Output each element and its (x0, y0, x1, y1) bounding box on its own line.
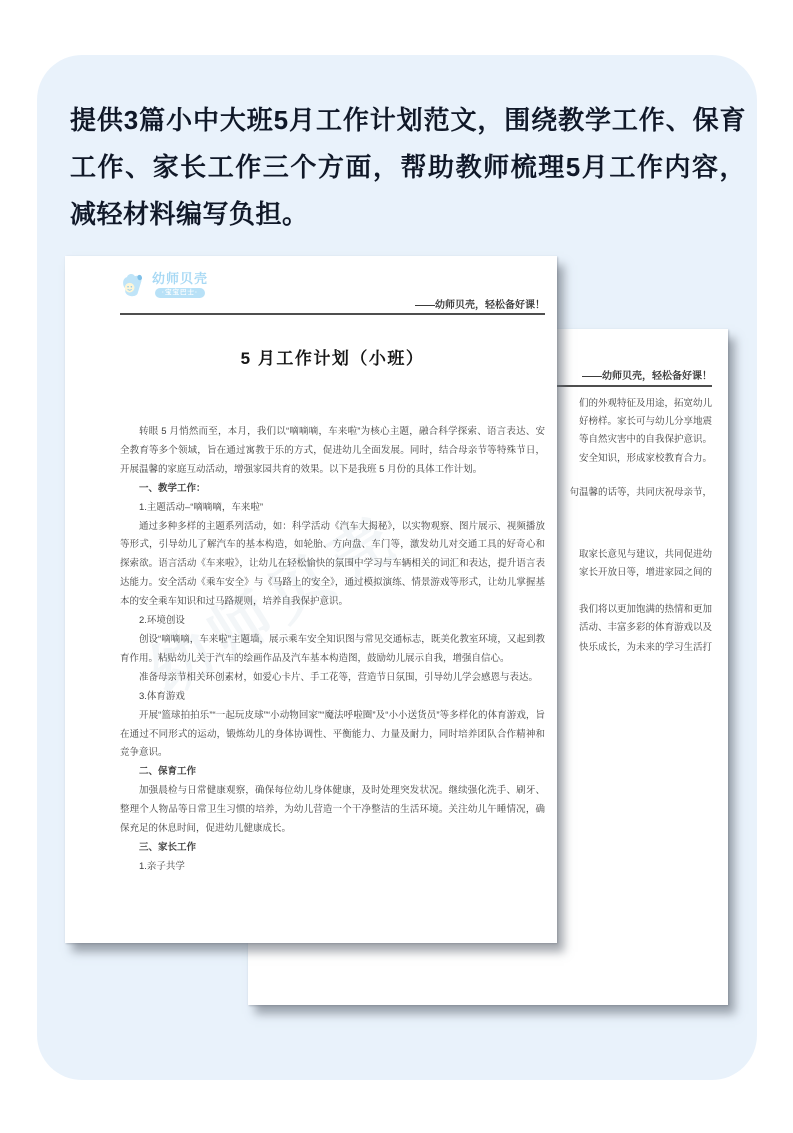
document-title: 5 月工作计划（小班） (120, 344, 545, 369)
back-page-text-line: 好榜样。家长可与幼儿分享地震 (579, 413, 712, 427)
document-page-1: 幼师贝壳 幼师贝壳 ·宝宝巴士· ——幼师贝 (65, 256, 557, 943)
paragraph: 准备母亲节相关环创素材，如爱心卡片、手工花等，营造节日氛围，引导幼儿学会感恩与表… (120, 669, 545, 688)
brand-name: 幼师贝壳 (152, 272, 208, 286)
document-body: 转眼 5 月悄然而至，本月，我们以“嘀嘀嘀，车来啦”为核心主题，融合科学探索、语… (120, 423, 545, 877)
sub-heading: 1.主题活动–“嘀嘀嘀，车来啦” (120, 499, 545, 518)
paragraph: 通过多种多样的主题系列活动，如：科学活动《汽车大揭秘》，以实物观察、图片展示、视… (120, 518, 545, 613)
shell-hand-logo-icon (120, 271, 148, 299)
back-page-text-line: 快乐成长，为未来的学习生活打 (579, 639, 712, 653)
brand-tagline: ——幼师贝壳，轻松备好课！ (582, 367, 712, 382)
back-page-text-line: 家长开放日等，增进家园之间的 (579, 564, 712, 578)
back-page-text-line: 我们将以更加饱满的热情和更加 (579, 601, 712, 615)
sub-heading: 2.环境创设 (120, 612, 545, 631)
back-page-text-line: 取家长意见与建议，共同促进幼 (579, 546, 712, 560)
content-card: 提供3篇小中大班5月工作计划范文，围绕教学工作、保育工作、家长工作三个方面，帮助… (37, 55, 757, 1080)
back-page-text-line: 活动、丰富多彩的体育游戏以及 (579, 619, 712, 633)
back-page-text-line: 安全知识，形成家校教育合力。 (579, 450, 712, 464)
header-divider (120, 313, 545, 315)
section-heading: 二、保育工作 (120, 763, 545, 782)
sub-heading: 3.体育游戏 (120, 688, 545, 707)
brand-logo: 幼师贝壳 ·宝宝巴士· (120, 271, 208, 299)
brand-tagline: ——幼师贝壳，轻松备好课！ (415, 296, 545, 311)
intro-text: 提供3篇小中大班5月工作计划范文，围绕教学工作、保育工作、家长工作三个方面，帮助… (70, 97, 746, 238)
section-heading: 一、教学工作： (120, 480, 545, 499)
brand-badge: ·宝宝巴士· (155, 288, 205, 298)
back-page-text-line: 等自然灾害中的自我保护意识。 (579, 431, 712, 445)
back-page-text-line: 句温馨的话等，共同庆祝母亲节， (569, 484, 712, 498)
paragraph: 加强晨检与日常健康观察，确保每位幼儿身体健康，及时处理突发状况。继续强化洗手、刷… (120, 782, 545, 839)
back-page-text-line: 们的外观特征及用途，拓宽幼儿 (579, 395, 712, 409)
page-background: 提供3篇小中大班5月工作计划范文，围绕教学工作、保育工作、家长工作三个方面，帮助… (0, 0, 793, 1133)
sub-heading: 1.亲子共学 (120, 858, 545, 877)
paragraph: 创设“嘀嘀嘀，车来啦”主题墙，展示乘车安全知识图与常见交通标志，既美化教室环境，… (120, 631, 545, 669)
paragraph: 开展“篮球拍拍乐”“一起玩皮球”“小动物回家”“魔法呼啦圈”及“小小送货员”等多… (120, 707, 545, 764)
paragraph: 转眼 5 月悄然而至，本月，我们以“嘀嘀嘀，车来啦”为核心主题，融合科学探索、语… (120, 423, 545, 480)
section-heading: 三、家长工作 (120, 839, 545, 858)
